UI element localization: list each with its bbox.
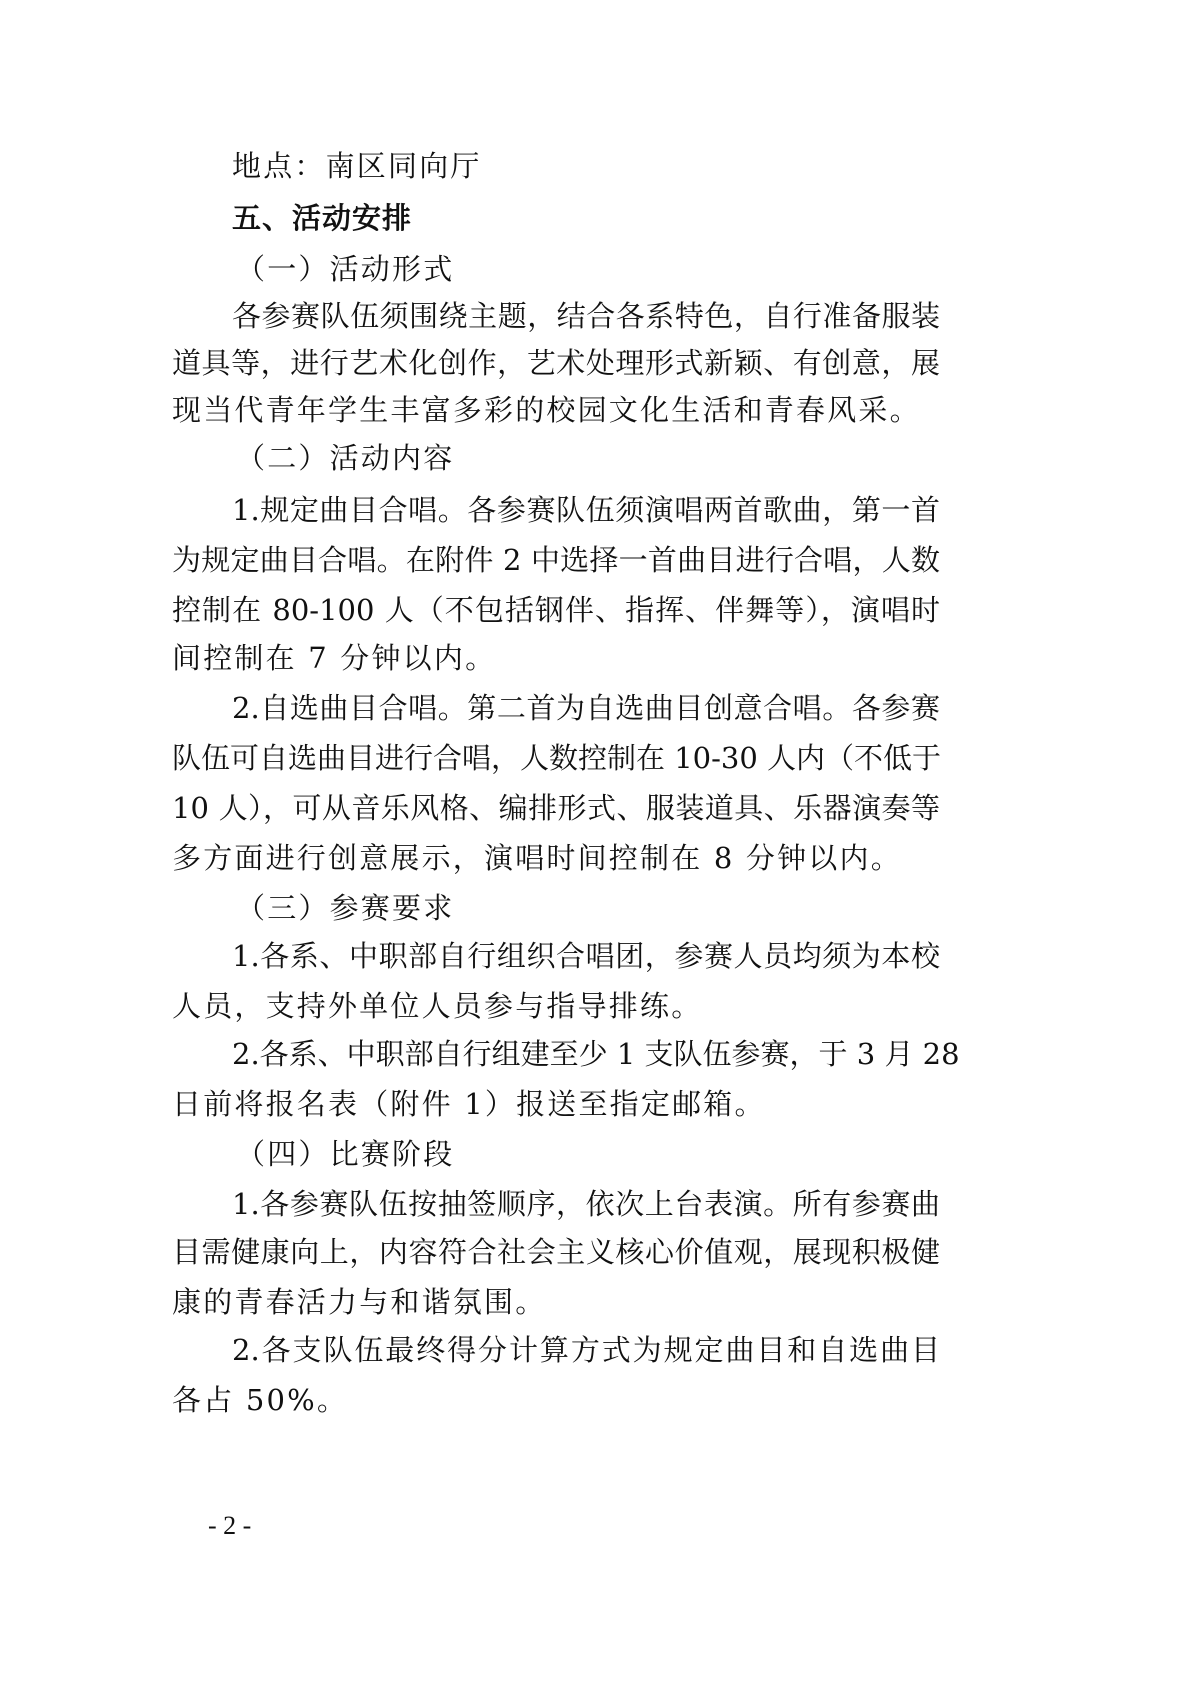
paragraph-line: 1.各参赛队伍按抽签顺序，依次上台表演。所有参赛曲 — [232, 1184, 940, 1224]
section-heading: 五、活动安排 — [232, 198, 1072, 238]
paragraph-line: 1.规定曲目合唱。各参赛队伍须演唱两首歌曲，第一首 — [232, 490, 940, 530]
subsection-title: （三）参赛要求 — [236, 888, 1076, 928]
paragraph-line: 现当代青年学生丰富多彩的校园文化生活和青春风采。 — [172, 390, 1012, 430]
paragraph-line: 队伍可自选曲目进行合唱，人数控制在 10-30 人内（不低于 — [172, 738, 940, 778]
paragraph-line: 各占 50%。 — [172, 1380, 1012, 1420]
paragraph-line: 为规定曲目合唱。在附件 2 中选择一首曲目进行合唱，人数 — [172, 540, 940, 580]
page-number: - 2 - — [208, 1510, 251, 1542]
subsection-title: （一）活动形式 — [236, 249, 1076, 289]
paragraph-line: 10 人），可从音乐风格、编排形式、服装道具、乐器演奏等 — [172, 788, 940, 828]
paragraph-line: 道具等，进行艺术化创作，艺术处理形式新颖、有创意，展 — [172, 343, 940, 383]
location-line: 地点：南区同向厅 — [232, 146, 1072, 186]
paragraph-line: 康的青春活力与和谐氛围。 — [172, 1282, 1012, 1322]
paragraph-line: 日前将报名表（附件 1）报送至指定邮箱。 — [172, 1084, 1012, 1124]
paragraph-line: 1.各系、中职部自行组织合唱团，参赛人员均须为本校 — [232, 936, 940, 976]
paragraph-line: 2.自选曲目合唱。第二首为自选曲目创意合唱。各参赛 — [232, 688, 940, 728]
paragraph-line: 控制在 80-100 人（不包括钢伴、指挥、伴舞等），演唱时 — [172, 590, 940, 630]
paragraph-line: 间控制在 7 分钟以内。 — [172, 638, 1012, 678]
paragraph-line: 各参赛队伍须围绕主题，结合各系特色，自行准备服装 — [232, 296, 940, 336]
paragraph-line: 2.各支队伍最终得分计算方式为规定曲目和自选曲目 — [232, 1330, 940, 1370]
subsection-title: （二）活动内容 — [236, 438, 1076, 478]
paragraph-line: 2.各系、中职部自行组建至少 1 支队伍参赛，于 3 月 28 — [232, 1034, 940, 1074]
paragraph-line: 人员，支持外单位人员参与指导排练。 — [172, 986, 1012, 1026]
subsection-title: （四）比赛阶段 — [236, 1134, 1076, 1174]
paragraph-line: 目需健康向上，内容符合社会主义核心价值观，展现积极健 — [172, 1232, 940, 1272]
paragraph-line: 多方面进行创意展示，演唱时间控制在 8 分钟以内。 — [172, 838, 1012, 878]
